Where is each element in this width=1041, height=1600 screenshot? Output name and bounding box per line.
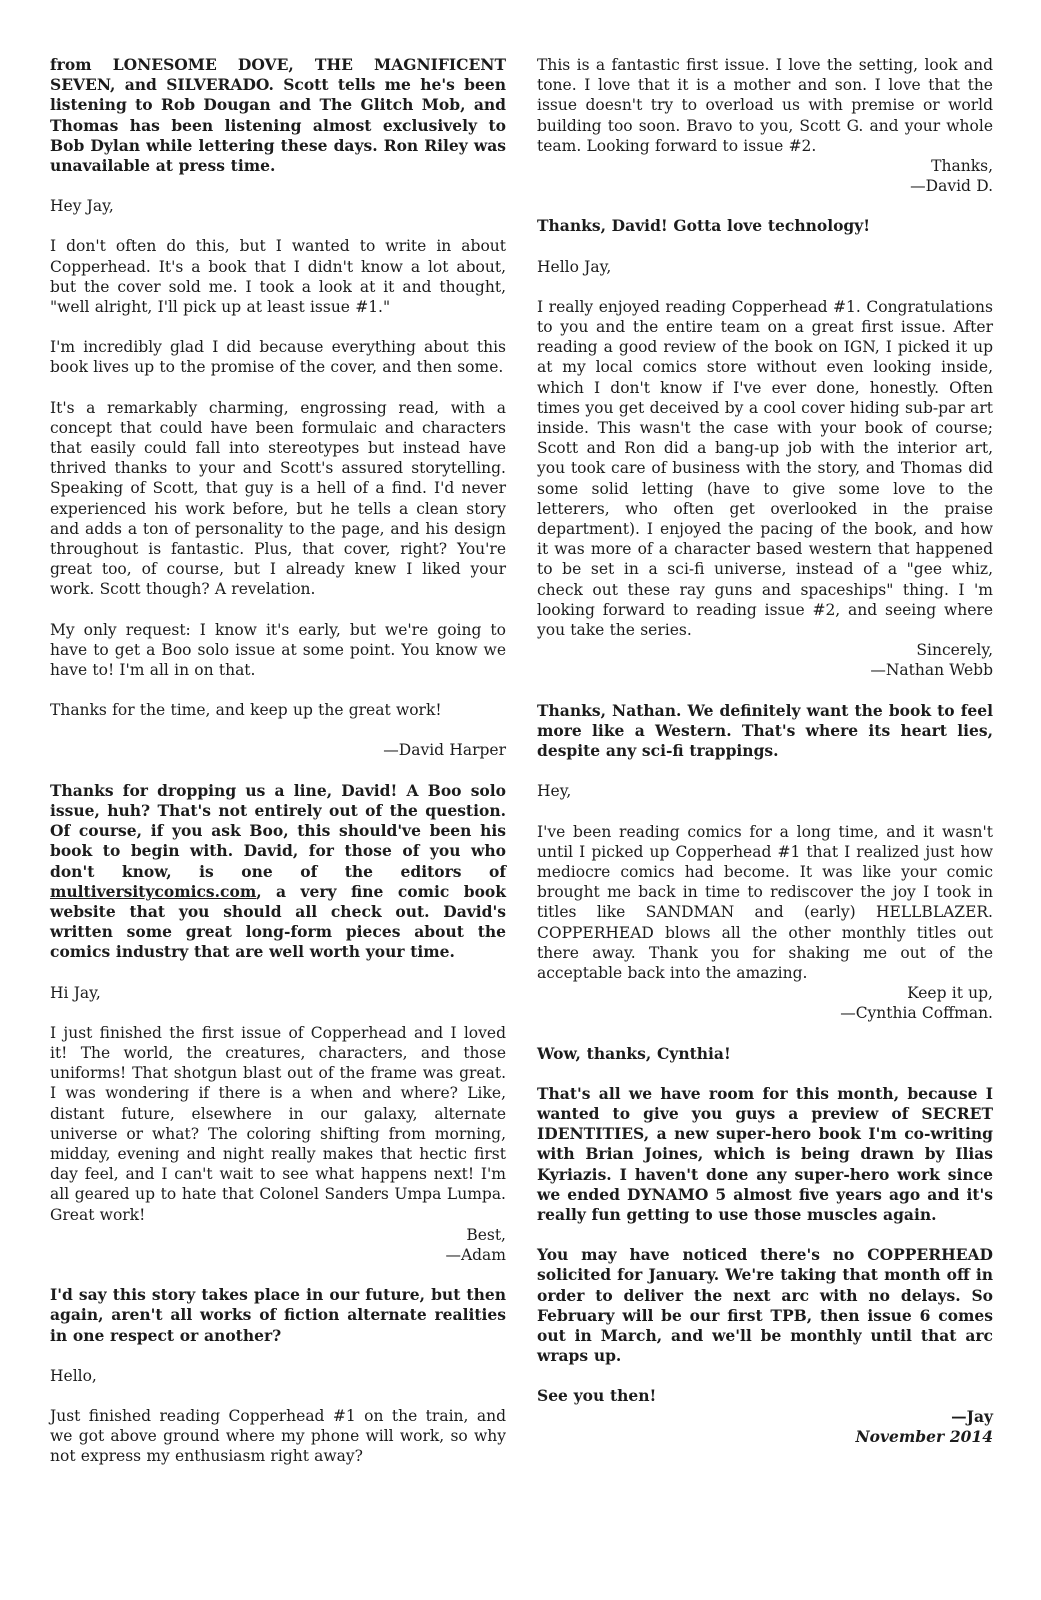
text-run: Thanks, (931, 157, 993, 175)
letter-paragraph: My only request: I know it's early, but … (50, 620, 506, 681)
column-left: from LONESOME DOVE, THE MAGNIFICENT SEVE… (50, 55, 506, 1600)
signature: Best,—Adam (50, 1225, 506, 1265)
text-run: That's all we have room for this month, … (537, 1084, 993, 1224)
text-run: Sincerely, (916, 641, 993, 659)
salutation: Hello, (50, 1366, 506, 1386)
text-run: I've been reading comics for a long time… (537, 823, 993, 982)
text-run: You may have noticed there's no COPPERHE… (537, 1245, 993, 1365)
letter-paragraph: Just finished reading Copperhead #1 on t… (50, 1406, 506, 1467)
text-run: See you then! (537, 1386, 656, 1405)
signature: —JayNovember 2014 (537, 1407, 993, 1447)
text-run: Thanks, Nathan. We definitely want the b… (537, 701, 993, 760)
editor-reply: I'd say this story takes place in our fu… (50, 1285, 506, 1346)
text-run: It's a remarkably charming, engrossing r… (50, 399, 506, 599)
text-run: Just finished reading Copperhead #1 on t… (50, 1407, 506, 1465)
letters-page: from LONESOME DOVE, THE MAGNIFICENT SEVE… (0, 0, 1041, 1600)
text-run: I really enjoyed reading Copperhead #1. … (537, 298, 993, 639)
text-run: Thanks for dropping us a line, David! A … (50, 781, 506, 881)
letter-paragraph: I just finished the first issue of Coppe… (50, 1023, 506, 1225)
text-run: Hey Jay, (50, 197, 114, 215)
editor-reply: That's all we have room for this month, … (537, 1084, 993, 1225)
letter-paragraph: I don't often do this, but I wanted to w… (50, 236, 506, 317)
salutation: Hey Jay, (50, 196, 506, 216)
text-run: —Adam (445, 1246, 506, 1264)
text-run: —David D. (910, 177, 993, 195)
text-run: Thanks, David! Gotta love technology! (537, 216, 870, 235)
editor-reply: Thanks, Nathan. We definitely want the b… (537, 701, 993, 762)
editor-reply: Thanks for dropping us a line, David! A … (50, 781, 506, 963)
text-run: Thanks for the time, and keep up the gre… (50, 701, 442, 719)
text-run: —David Harper (383, 741, 506, 759)
letter-paragraph: I've been reading comics for a long time… (537, 822, 993, 984)
text-run: Hey, (537, 782, 571, 800)
text-run: My only request: I know it's early, but … (50, 621, 506, 679)
letter-paragraph: This is a fantastic first issue. I love … (537, 55, 993, 156)
text-run: —Nathan Webb (870, 661, 993, 679)
signature: Sincerely,—Nathan Webb (537, 640, 993, 680)
text-run: I'm incredibly glad I did because everyt… (50, 338, 506, 376)
signature: Thanks,—David D. (537, 156, 993, 196)
text-run: Hello Jay, (537, 258, 611, 276)
signature: Keep it up,—Cynthia Coffman. (537, 983, 993, 1023)
text-run: Hello, (50, 1367, 97, 1385)
text-run: from LONESOME DOVE, THE MAGNIFICENT SEVE… (50, 55, 506, 175)
salutation: Hey, (537, 781, 993, 801)
text-run: Keep it up, (907, 984, 993, 1002)
text-run: I don't often do this, but I wanted to w… (50, 237, 506, 316)
letter-paragraph: I'm incredibly glad I did because everyt… (50, 337, 506, 377)
text-run: Hi Jay, (50, 984, 101, 1002)
continued-editor-text: from LONESOME DOVE, THE MAGNIFICENT SEVE… (50, 55, 506, 176)
text-run: I'd say this story takes place in our fu… (50, 1285, 506, 1344)
salutation: Hi Jay, (50, 983, 506, 1003)
editor-reply: See you then! (537, 1386, 993, 1406)
text-run: Wow, thanks, Cynthia! (537, 1044, 731, 1063)
text-run: —Cynthia Coffman. (840, 1004, 993, 1022)
column-right: This is a fantastic first issue. I love … (537, 55, 993, 1600)
multiversity-link-text: multiversitycomics.com (50, 882, 256, 901)
text-run: November 2014 (856, 1427, 994, 1446)
letter-paragraph: I really enjoyed reading Copperhead #1. … (537, 297, 993, 640)
text-run: —Jay (951, 1407, 993, 1426)
signature: —David Harper (50, 740, 506, 760)
editor-reply: Thanks, David! Gotta love technology! (537, 216, 993, 236)
letter-paragraph: It's a remarkably charming, engrossing r… (50, 398, 506, 600)
text-run: This is a fantastic first issue. I love … (537, 56, 993, 155)
editor-reply: Wow, thanks, Cynthia! (537, 1044, 993, 1064)
editor-reply: You may have noticed there's no COPPERHE… (537, 1245, 993, 1366)
letter-paragraph: Thanks for the time, and keep up the gre… (50, 700, 506, 720)
text-run: I just finished the first issue of Coppe… (50, 1024, 506, 1224)
text-run: Best, (466, 1226, 506, 1244)
salutation: Hello Jay, (537, 257, 993, 277)
